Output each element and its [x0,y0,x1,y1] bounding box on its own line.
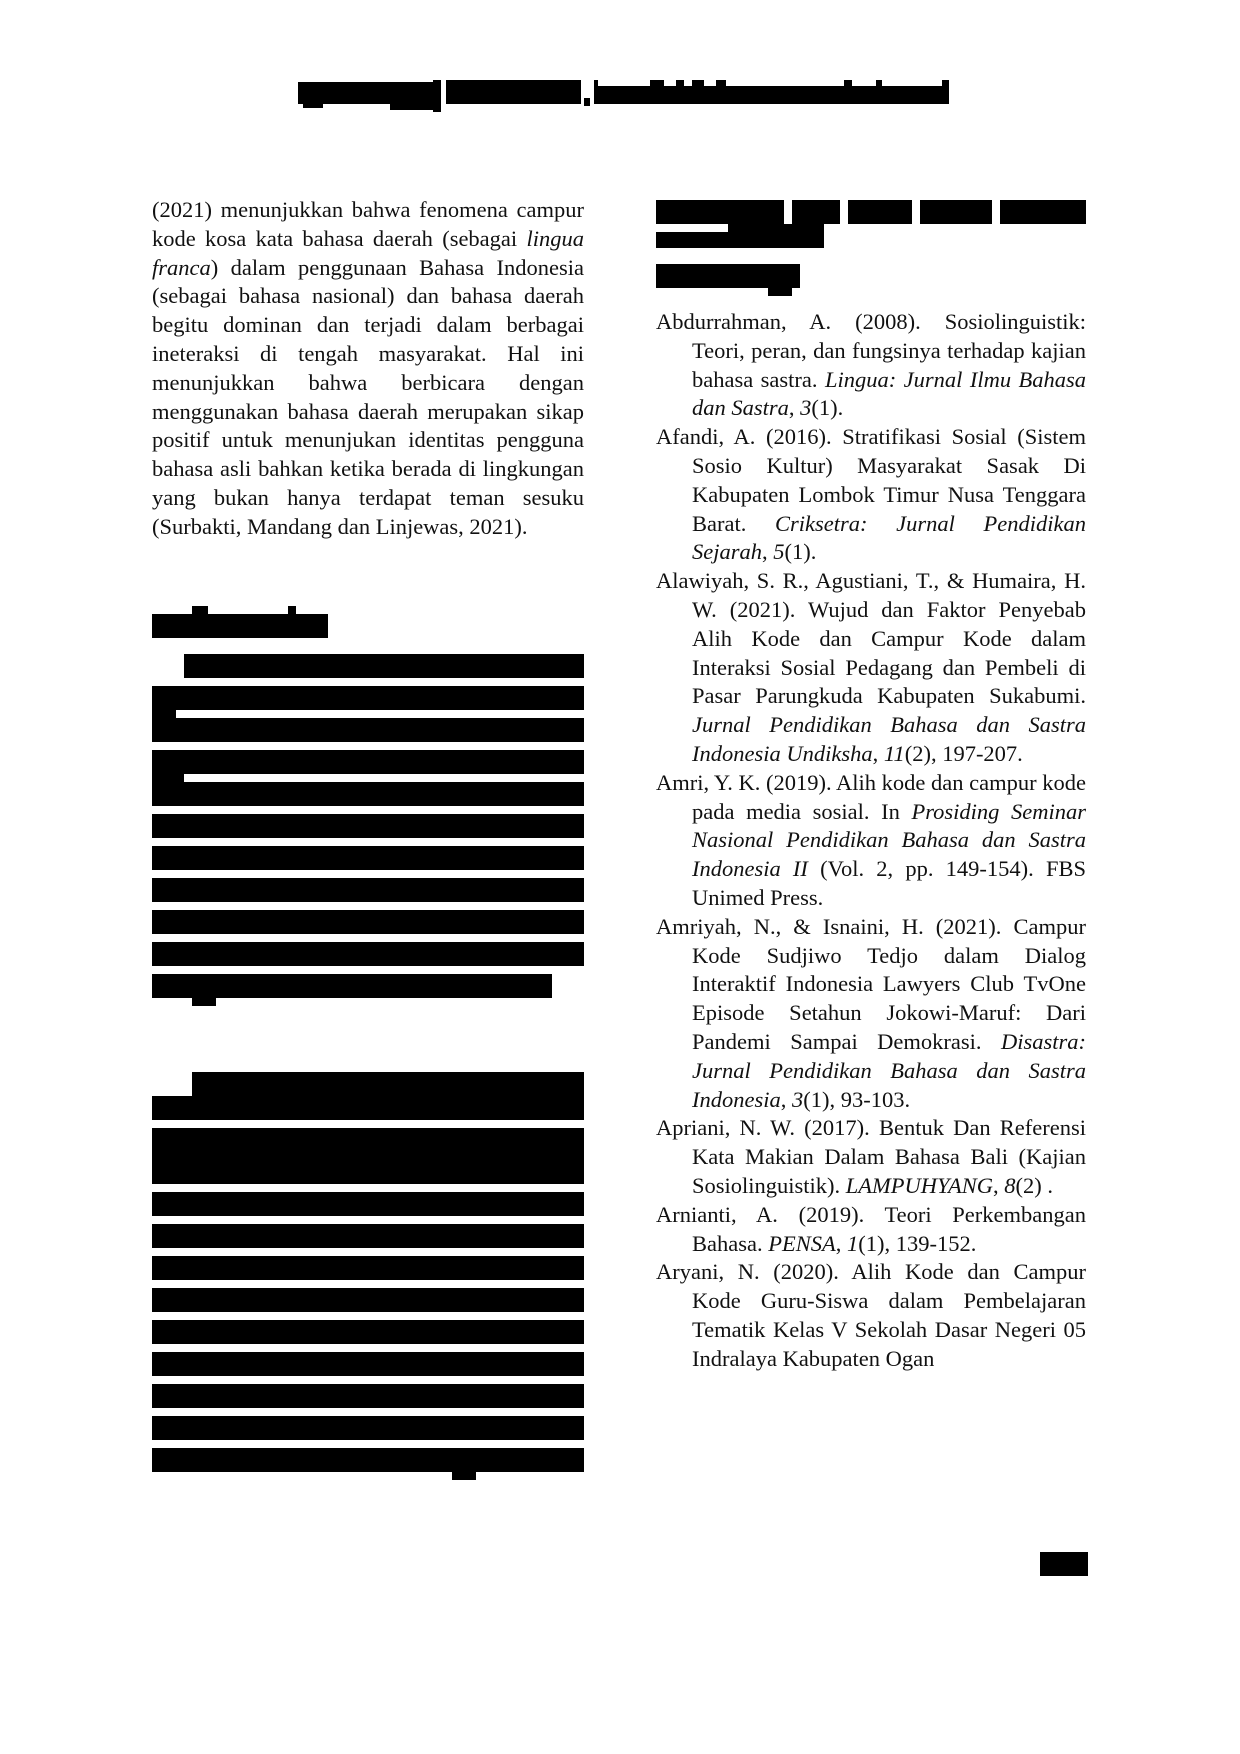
ref-volume: 3 [792,1087,803,1112]
ref-text: , [789,395,800,420]
ref-volume: 5 [773,539,784,564]
ref-journal: LAMPUHYANG [846,1173,993,1198]
ref-text: (1), 139-152. [858,1231,976,1256]
ref-volume: 1 [847,1231,858,1256]
paragraph-text: ) dalam penggunaan Bahasa Indonesia (seb… [152,255,584,539]
reference-item: Afandi, A. (2016). Stratifikasi Sosial (… [656,423,1086,567]
ref-text: , [873,741,884,766]
reference-item: Alawiyah, S. R., Agustiani, T., & Humair… [656,567,1086,769]
reference-item: Amri, Y. K. (2019). Alih kode dan campur… [656,769,1086,913]
ref-text: Alawiyah, S. R., Agustiani, T., & Humair… [656,568,1086,708]
reference-item: Abdurrahman, A. (2008). Sosiolinguistik:… [656,308,1086,423]
reference-item: Aryani, N. (2020). Alih Kode dan Campur … [656,1258,1086,1373]
ref-volume: 3 [800,395,811,420]
reference-item: Apriani, N. W. (2017). Bentuk Dan Refere… [656,1114,1086,1200]
ref-journal: PENSA [768,1231,836,1256]
page-number-redacted [1040,1552,1088,1576]
reference-item: Amriyah, N., & Isnaini, H. (2021). Campu… [656,913,1086,1115]
ref-text: (1), 93-103. [803,1087,910,1112]
ref-text: , [993,1173,1004,1198]
running-header-redacted [298,80,949,104]
ref-text: (1). [811,395,843,420]
ref-text: (2) . [1015,1173,1053,1198]
ref-volume: 11 [884,741,905,766]
ref-text: Aryani, N. (2020). Alih Kode dan Campur … [656,1259,1086,1370]
body-paragraph: (2021) menunjukkan bahwa fenomena campur… [152,196,584,542]
paragraph-text: (2021) menunjukkan bahwa fenomena campur… [152,197,584,251]
reference-list: Abdurrahman, A. (2008). Sosiolinguistik:… [656,308,1086,1373]
left-column: (2021) menunjukkan bahwa fenomena campur… [152,196,584,542]
ref-text: , [762,539,773,564]
ref-volume: 8 [1004,1173,1015,1198]
reference-item: Arnianti, A. (2019). Teori Perkembangan … [656,1201,1086,1259]
ref-text: (2), 197-207. [905,741,1023,766]
ref-text: (1). [785,539,817,564]
ref-text: , [781,1087,792,1112]
ref-text: , [836,1231,847,1256]
